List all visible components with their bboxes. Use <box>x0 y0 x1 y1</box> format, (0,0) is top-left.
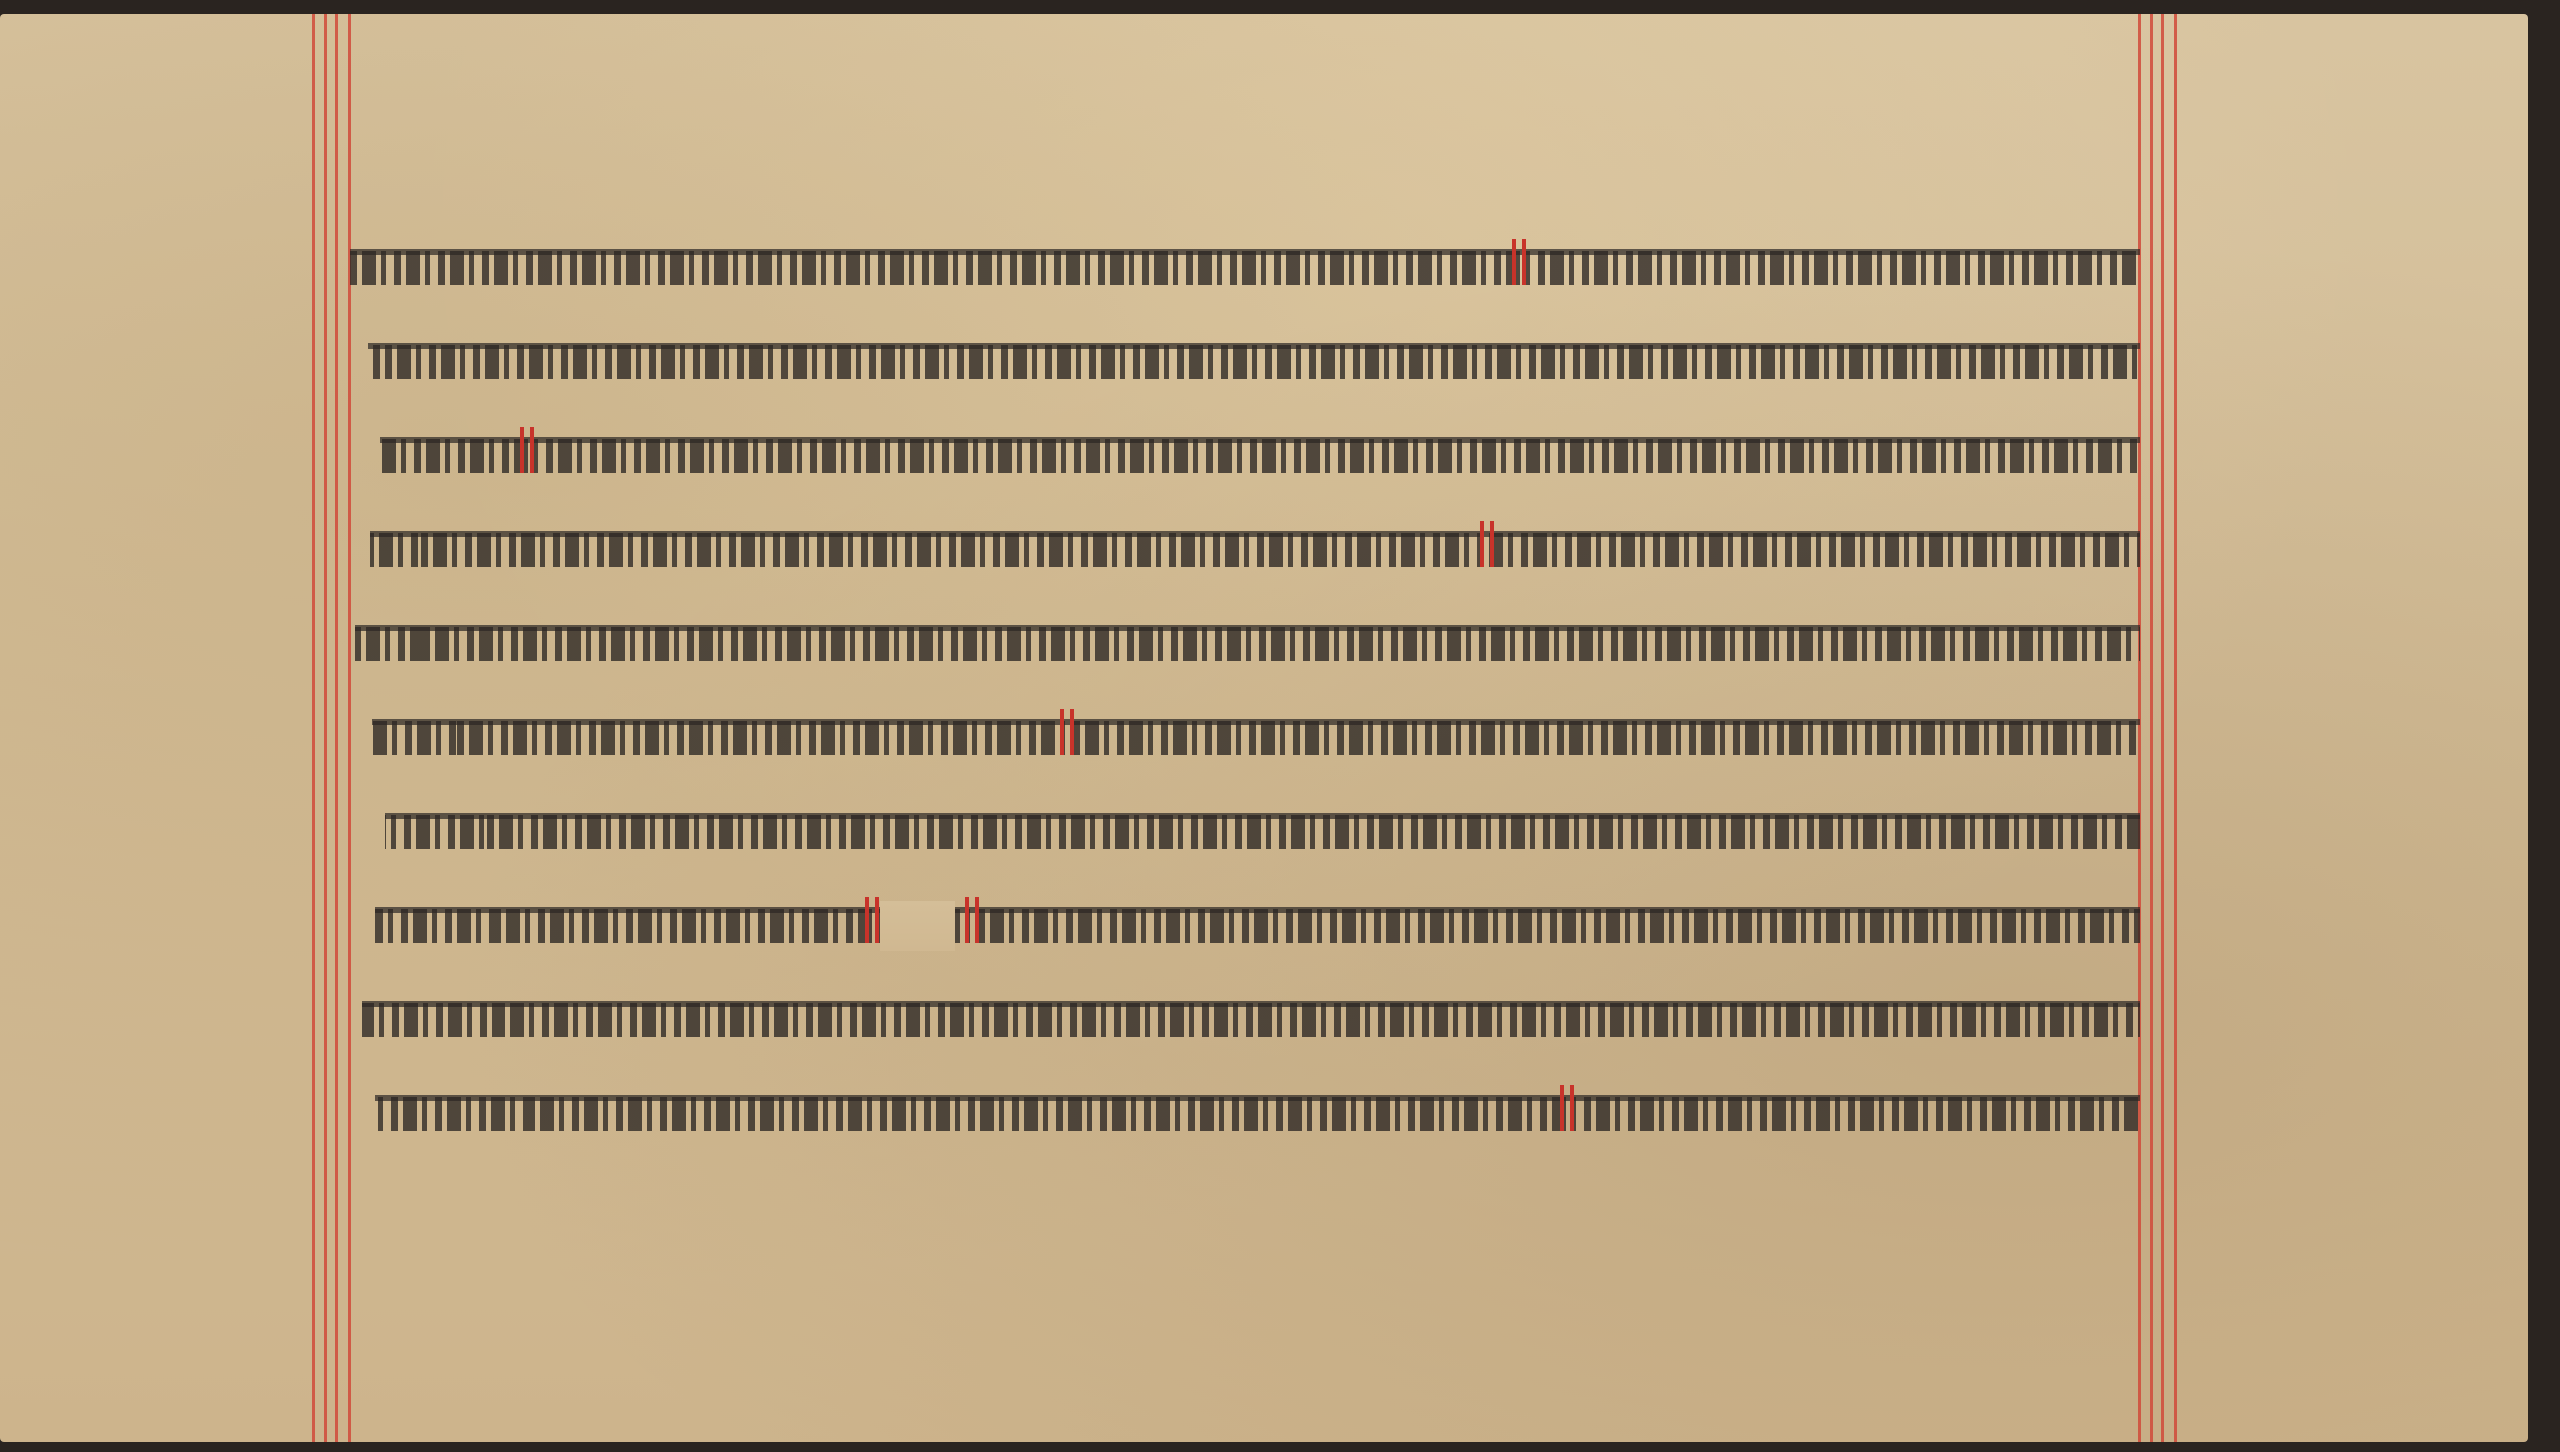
ink-glyphs <box>350 251 2140 285</box>
right-margin-rules <box>2138 14 2178 1442</box>
blank-space <box>880 901 955 951</box>
red-double-danda-mark <box>965 897 979 943</box>
manuscript-line <box>375 877 2140 971</box>
red-double-danda-mark <box>1512 239 1526 285</box>
manuscript-text-block <box>350 219 2140 1159</box>
manuscript-line <box>385 783 2140 877</box>
manuscript-line <box>370 501 2140 595</box>
red-double-danda-mark <box>520 427 534 473</box>
manuscript-line <box>375 1065 2140 1159</box>
ink-glyphs <box>355 627 2140 661</box>
red-double-danda-mark <box>1480 521 1494 567</box>
red-double-danda-mark <box>1560 1085 1574 1131</box>
ink-glyphs <box>380 439 2140 473</box>
manuscript-line <box>362 971 2140 1065</box>
manuscript-line <box>355 595 2140 689</box>
ink-glyphs <box>370 533 2140 567</box>
manuscript-line <box>350 219 2140 313</box>
ink-glyphs <box>362 1003 2140 1037</box>
manuscript-line <box>368 313 2140 407</box>
manuscript-line <box>380 407 2140 501</box>
ink-glyphs <box>375 1097 2140 1131</box>
ink-glyphs <box>368 345 2140 379</box>
manuscript-folio: Nepalese (Bhujimol / Newar-style) Sanskr… <box>0 14 2528 1442</box>
red-double-danda-mark <box>1060 709 1074 755</box>
manuscript-line <box>372 689 2140 783</box>
red-double-danda-mark <box>865 897 879 943</box>
ink-glyphs <box>372 721 2140 755</box>
ink-glyphs <box>385 815 2140 849</box>
ink-glyphs <box>375 909 2140 943</box>
left-margin-rules <box>312 14 352 1442</box>
